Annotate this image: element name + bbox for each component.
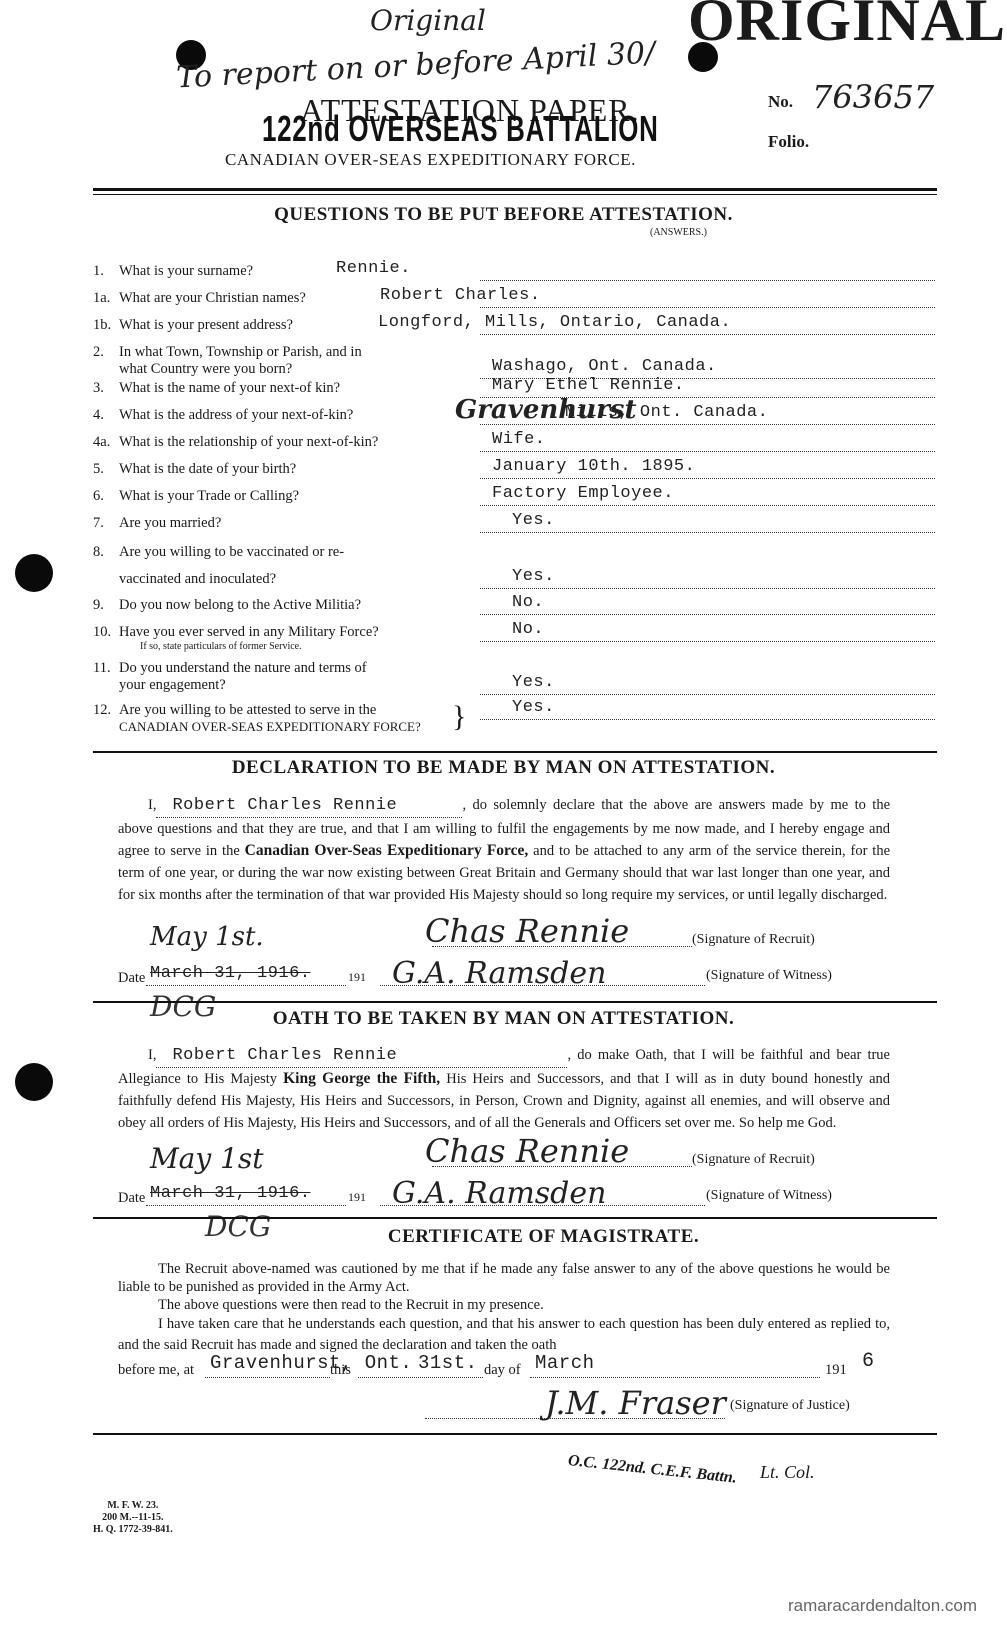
punch-hole: [15, 554, 53, 592]
justice-signature: J.M. Fraser: [545, 1384, 726, 1422]
question-number: 1a.: [93, 290, 119, 307]
question-number: 12.: [93, 702, 119, 719]
question-text: 5.What is the date of your birth?: [93, 461, 296, 478]
question-label: What are your Christian names?: [119, 290, 306, 306]
day-of-label: day of: [484, 1362, 521, 1379]
original-stamp: ORIGINAL: [688, 0, 1006, 55]
witness-caption: (Signature of Witness): [706, 1188, 832, 1204]
recruit-caption: (Signature of Recruit): [692, 1152, 815, 1168]
oath-lead: I,: [148, 1047, 156, 1063]
question-answer: Longford, Mills, Ontario, Canada.: [378, 313, 731, 332]
question-text: 1a.What are your Christian names?: [93, 290, 306, 307]
date-label: Date: [118, 1190, 145, 1207]
punch-hole: [15, 1063, 53, 1101]
brace: }: [452, 700, 466, 734]
answer-line: [480, 505, 935, 506]
answer-line: [480, 451, 935, 452]
answer-line: [480, 614, 935, 615]
question-number: 7.: [93, 515, 119, 532]
answer-line: [480, 307, 935, 308]
question-number: 4a.: [93, 434, 119, 451]
question-number: 6.: [93, 488, 119, 505]
question-label: What is the name of your next-of kin?: [119, 380, 340, 396]
certificate-year-digit: 6: [862, 1350, 875, 1373]
question-text: 2.In what Town, Township or Parish, and …: [93, 344, 362, 361]
answer-line: [480, 588, 935, 589]
declaration-witness-signature: G.A. Ramsden: [392, 956, 606, 991]
question-text: 6.What is your Trade or Calling?: [93, 488, 299, 505]
recruit-caption: (Signature of Recruit): [692, 932, 815, 948]
justice-caption: (Signature of Justice): [730, 1398, 850, 1414]
question-number: 3.: [93, 380, 119, 397]
handwritten-report-note: To report on or before April 30/: [175, 35, 656, 95]
answer-line: [480, 641, 935, 642]
question-text: 4.What is the address of your next-of-ki…: [93, 407, 353, 424]
declaration-lead: I,: [148, 797, 156, 813]
oath-witness-signature: G.A. Ramsden: [392, 1176, 606, 1211]
document-subtitle: CANADIAN OVER-SEAS EXPEDITIONARY FORCE.: [225, 150, 636, 170]
witness-caption: (Signature of Witness): [706, 968, 832, 984]
declaration-recruit-signature: Chas Rennie: [425, 912, 629, 950]
question-label: Are you willing to be vaccinated or re-: [119, 544, 344, 560]
declaration-date-struck: March 31, 1916.: [150, 964, 311, 983]
oath-date-handwritten: May 1st: [150, 1142, 264, 1175]
question-answer: Yes.: [512, 567, 555, 586]
question-label: What is your surname?: [119, 263, 253, 279]
question-number: 4.: [93, 407, 119, 424]
question-text: 7.Are you married?: [93, 515, 221, 532]
certificate-para-2: The above questions were then read to th…: [118, 1296, 890, 1314]
question-label: What is the address of your next-of-kin?: [119, 407, 353, 423]
question-answer: Yes.: [512, 698, 555, 717]
question-number: 8.: [93, 544, 119, 561]
question-answer: No.: [512, 620, 544, 639]
oath-recruit-signature: Chas Rennie: [425, 1132, 629, 1170]
answer-line: [480, 532, 935, 533]
answer-line: [480, 334, 935, 335]
question-label: What is the date of your birth?: [119, 461, 296, 477]
section-divider: [93, 1217, 937, 1219]
year-prefix: 191: [348, 970, 366, 985]
declaration-bold: Canadian Over-Seas Expeditionary Force,: [245, 842, 529, 859]
question-answer: No.: [512, 593, 544, 612]
certificate-day: 31st.: [418, 1352, 478, 1374]
month-line: [530, 1377, 820, 1378]
certificate-place: Gravenhurst, Ont.: [210, 1352, 412, 1374]
oath-bold: King George the Fifth,: [283, 1070, 440, 1087]
oath-name: Robert Charles Rennie: [156, 1045, 567, 1068]
oath-date-struck: March 31, 1916.: [150, 1184, 311, 1203]
battalion-stamp: 122nd OVERSEAS BATTALION: [262, 108, 659, 150]
question-number: 1.: [93, 263, 119, 280]
form-code: M. F. W. 23.: [93, 1500, 173, 1512]
folio-label: Folio.: [768, 132, 809, 152]
form-code: H. Q. 1772-39-841.: [93, 1524, 173, 1536]
answers-label: (ANSWERS.): [650, 227, 707, 238]
certificate-para-1: The Recruit above-named was cautioned by…: [118, 1260, 890, 1296]
oc-rank: Lt. Col.: [760, 1462, 815, 1483]
question-label-continued: your engagement?: [119, 677, 226, 694]
question-label: What is your present address?: [119, 317, 293, 333]
question-label: Are you married?: [119, 515, 221, 531]
question-number: 9.: [93, 597, 119, 614]
question-label: Do you now belong to the Active Militia?: [119, 597, 361, 613]
date-label: Date: [118, 970, 145, 987]
certificate-para-3: I have taken care that he understands ea…: [118, 1314, 890, 1356]
question-answer: Factory Employee.: [492, 484, 674, 503]
year-prefix: 191: [825, 1362, 847, 1379]
regimental-number: 763657: [812, 78, 934, 116]
question-label-continued: vaccinated and inoculated?: [119, 571, 276, 588]
question-text: 3.What is the name of your next-of kin?: [93, 380, 340, 397]
question-label: In what Town, Township or Parish, and in: [119, 344, 362, 360]
section-divider: [93, 1001, 937, 1003]
declaration-title: DECLARATION TO BE MADE BY MAN ON ATTESTA…: [0, 757, 1007, 779]
question-number: 2.: [93, 344, 119, 361]
question-text: 1.What is your surname?: [93, 263, 253, 280]
day-line: [358, 1377, 483, 1378]
question-number: 10.: [93, 624, 119, 641]
question-label-continued: CANADIAN OVER-SEAS EXPEDITIONARY FORCE?: [119, 719, 421, 735]
answer-line: [480, 280, 935, 281]
question-answer: Wife.: [492, 430, 546, 449]
section-divider: [93, 751, 937, 753]
question-answer: Rennie.: [336, 259, 411, 278]
question-number: 11.: [93, 660, 119, 677]
question-answer: Robert Charles.: [380, 286, 541, 305]
place-line: [205, 1377, 330, 1378]
question-number: 1b.: [93, 317, 119, 334]
question-label: Do you understand the nature and terms o…: [119, 660, 367, 676]
year-prefix: 191: [348, 1190, 366, 1205]
this-label: this: [330, 1362, 351, 1379]
answer-line: [480, 694, 935, 695]
header-divider: [93, 188, 937, 191]
oc-stamp: O.C. 122nd. C.E.F. Battn.: [567, 1452, 737, 1488]
question-text: 8.Are you willing to be vaccinated or re…: [93, 544, 344, 561]
question-text: 11.Do you understand the nature and term…: [93, 660, 367, 677]
no-label: No.: [768, 92, 793, 112]
question-label: Are you willing to be attested to serve …: [119, 702, 376, 718]
answer-line: [480, 719, 935, 720]
question-text: 10.Have you ever served in any Military …: [93, 624, 379, 641]
header-divider: [93, 194, 937, 195]
watermark: ramaracardendalton.com: [788, 1596, 977, 1616]
declaration-date-handwritten: May 1st.: [150, 922, 264, 952]
certificate-title: CERTIFICATE OF MAGISTRATE.: [40, 1226, 1007, 1248]
form-code: 200 M.--11-15.: [93, 1512, 173, 1524]
before-me-label: before me, at: [118, 1362, 194, 1379]
footer-divider: [93, 1433, 937, 1435]
question-answer: Washago, Ont. Canada.: [492, 357, 717, 376]
question-label: Have you ever served in any Military For…: [119, 624, 379, 640]
form-codes: M. F. W. 23. 200 M.--11-15. H. Q. 1772-3…: [93, 1500, 173, 1536]
question-answer: January 10th. 1895.: [492, 457, 695, 476]
question-text: 9.Do you now belong to the Active Militi…: [93, 597, 361, 614]
oath-text: I,Robert Charles Rennie, do make Oath, t…: [118, 1044, 890, 1134]
oath-title: OATH TO BE TAKEN BY MAN ON ATTESTATION.: [0, 1008, 1007, 1030]
certificate-month: March: [535, 1352, 595, 1374]
question-label: What is the relationship of your next-of…: [119, 434, 378, 450]
question-answer: Yes.: [512, 673, 555, 692]
question-label: What is your Trade or Calling?: [119, 488, 299, 504]
question-label-continued: what Country were you born?: [119, 361, 292, 378]
question-answer: Yes.: [512, 511, 555, 530]
date-line: [146, 1205, 346, 1206]
question-answer: Mary Ethel Rennie.: [492, 376, 685, 395]
question-number: 5.: [93, 461, 119, 478]
question-label-continued: If so, state particulars of former Servi…: [140, 641, 302, 652]
answer-line: [480, 478, 935, 479]
questions-title: QUESTIONS TO BE PUT BEFORE ATTESTATION.: [0, 204, 1007, 226]
question-text: 12.Are you willing to be attested to ser…: [93, 702, 376, 719]
handwritten-original-note: Original: [370, 4, 486, 37]
date-line: [146, 985, 346, 986]
declaration-text: I,Robert Charles Rennie, do solemnly dec…: [118, 794, 890, 906]
question-text: 1b.What is your present address?: [93, 317, 293, 334]
answer-handwritten-correction: Gravenhurst: [455, 395, 636, 425]
declaration-name: Robert Charles Rennie: [156, 795, 462, 818]
question-text: 4a.What is the relationship of your next…: [93, 434, 378, 451]
